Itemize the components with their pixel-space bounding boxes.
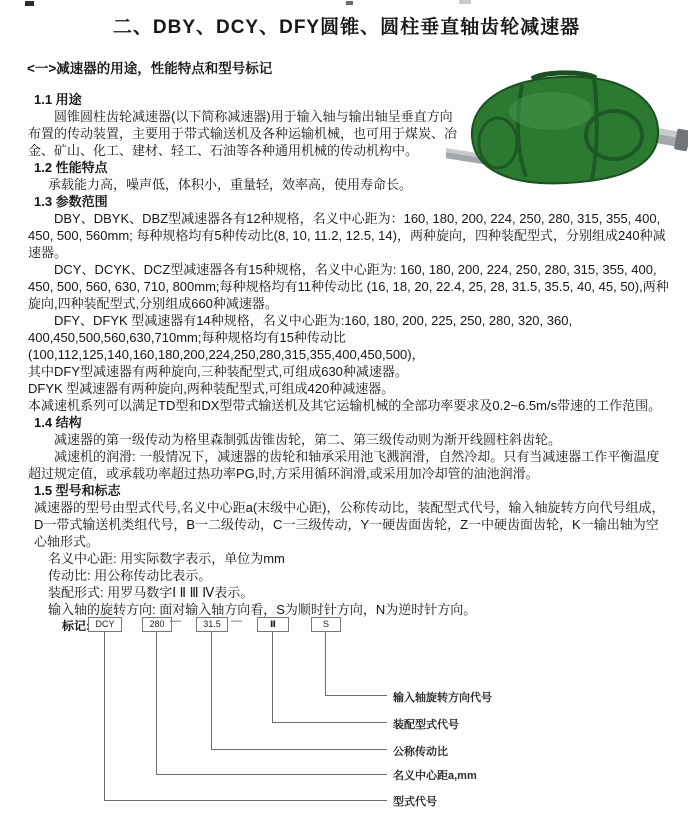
callout-line	[156, 632, 157, 774]
callout-line	[272, 632, 273, 722]
heading-1-5: 1.5 型号和标志	[34, 482, 671, 499]
marking-box-assembly: Ⅱ	[257, 617, 289, 632]
paragraph-dby-specs: DBY、DBYK、DBZ型减速器各有12种规格，名义中心距为：160, 180,…	[28, 210, 671, 261]
scan-mark	[25, 1, 34, 6]
callout-line	[211, 632, 212, 749]
callout-line	[272, 722, 387, 723]
paragraph-model-composition: 减速器的型号由型式代号,名义中心距a(末级中心距)，公称传动比，装配型式代号，输…	[28, 499, 671, 516]
paragraph-features: 承载能力高，噪声低，体积小，重量轻，效率高，使用寿命长。	[28, 176, 460, 193]
callout-assembly-code: 装配型式代号	[393, 716, 459, 732]
paragraph-assembly-form: 装配形式: 用罗马数字Ⅰ Ⅱ Ⅲ Ⅳ表示。	[28, 584, 671, 601]
marking-dash: —	[170, 615, 181, 627]
text-column-beside-figure: 1.1 用途 圆锥圆柱齿轮减速器(以下简称减速器)用于输入轴与输出轴呈垂直方向布…	[28, 91, 460, 193]
marking-box-ratio: 31.5	[196, 617, 228, 632]
callout-line	[211, 749, 387, 750]
callout-line	[325, 695, 387, 696]
marking-box-center-distance: 280	[142, 617, 172, 632]
scan-mark	[459, 0, 471, 4]
marking-box-rotation: S	[311, 617, 341, 632]
marking-box-type-code: DCY	[88, 617, 122, 632]
callout-type-code: 型式代号	[393, 793, 437, 809]
paragraph-dfy-count: 其中DFY型减速器有两种旋向,三种装配型式,可组成630种减速器。	[28, 363, 671, 380]
paragraph-dcy-specs: DCY、DCYK、DCZ型减速器各有15种规格，名义中心距为: 160, 180…	[28, 261, 671, 312]
paragraph-code-letters: D一带式输送机类组代号，B一二级传动，C一三级传动，Y一硬齿面齿轮，Z一中硬齿面…	[28, 516, 671, 550]
callout-line	[104, 632, 105, 800]
marking-label: 标记:	[62, 617, 90, 634]
page-title: 二、DBY、DCY、DFY圆锥、圆柱垂直轴齿轮减速器	[0, 0, 693, 39]
callout-line	[325, 632, 326, 695]
callout-line	[156, 774, 387, 775]
heading-1-4: 1.4 结构	[34, 414, 671, 431]
paragraph-lubrication: 减速机的润滑: 一般情况下，减速器的齿轮和轴承采用池飞溅润滑，自然冷却。只有当减…	[28, 448, 671, 482]
heading-1-1: 1.1 用途	[34, 91, 460, 108]
paragraph-dfyk-count: DFYK 型减速器有两种旋向,两种装配型式,可组成420种减速器。	[28, 380, 671, 397]
callout-ratio: 公称传动比	[393, 743, 448, 759]
paragraph-series-range: 本减速机系列可以满足TD型和DX型带式输送机及其它运输机械的全部功率要求及0.2…	[28, 397, 671, 414]
scan-mark	[346, 1, 353, 5]
gear-reducer-photo	[446, 63, 688, 197]
paragraph-usage: 圆锥圆柱齿轮减速器(以下简称减速器)用于输入轴与输出轴呈垂直方向布置的传动装置，…	[28, 108, 460, 159]
paragraph-center-distance: 名义中心距: 用实际数字表示，单位为mm	[28, 550, 671, 567]
paragraph-structure: 减速器的第一级传动为格里森制弧齿锥齿轮，第二、第三级传动则为渐开线圆柱斜齿轮。	[28, 431, 671, 448]
paragraph-rotation-direction: 输入轴的旋转方向: 面对输入轴方向看，S为顺时针方向，N为逆时针方向。	[28, 601, 671, 618]
callout-rotation-code: 输入轴旋转方向代号	[393, 689, 492, 705]
heading-1-2: 1.2 性能特点	[34, 159, 460, 176]
paragraph-ratio: 传动比: 用公称传动比表示。	[28, 567, 671, 584]
document-page: 二、DBY、DCY、DFY圆锥、圆柱垂直轴齿轮减速器 <一>减速器的用途，性能特…	[0, 0, 693, 825]
callout-center-distance: 名义中心距a,mm	[393, 767, 477, 783]
callout-line	[104, 800, 387, 801]
paragraph-dfy-specs: DFY、DFYK 型减速器有14种规格，名义中心距为:160, 180, 200…	[28, 312, 671, 363]
marking-dash: —	[231, 615, 242, 627]
housing-highlight	[509, 92, 593, 130]
